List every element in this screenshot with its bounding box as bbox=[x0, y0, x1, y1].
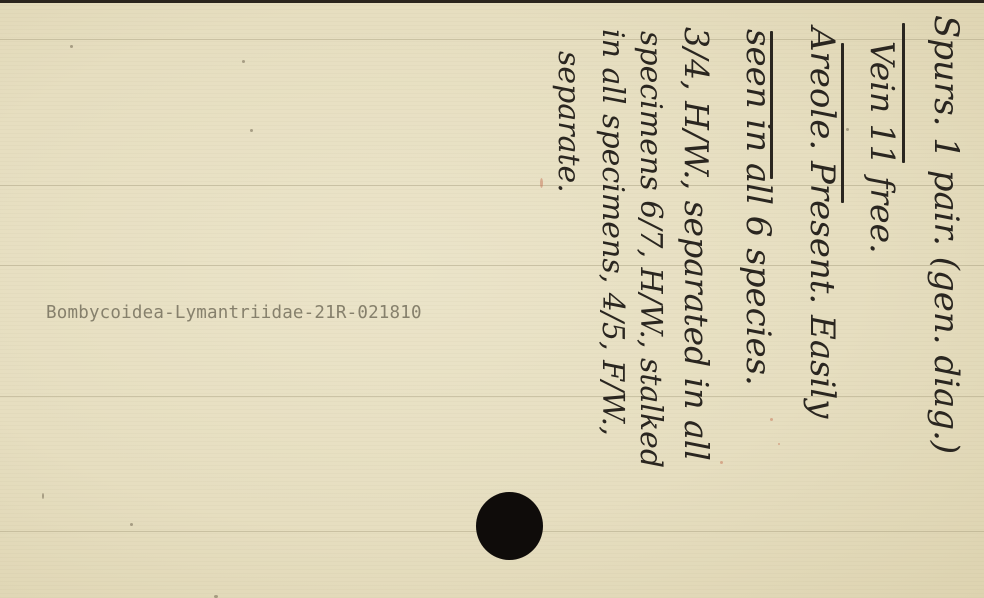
handwritten-text: in all specimens, 4/5, F/W., bbox=[595, 29, 630, 436]
paper-speck bbox=[720, 461, 723, 464]
handwritten-text: separate. bbox=[551, 51, 586, 193]
index-card: Bombycoidea-Lymantriidae-21R-021810 Spur… bbox=[0, 0, 984, 598]
handwritten-text: Areole. Present. Easily bbox=[802, 27, 842, 419]
handwritten-text: Spurs. 1 pair. (gen. diag.) bbox=[926, 15, 966, 454]
handwritten-text: Vein 11 free. bbox=[863, 41, 902, 254]
paper-speck bbox=[846, 128, 849, 131]
catalog-id: Bombycoidea-Lymantriidae-21R-021810 bbox=[46, 303, 422, 323]
handwritten-text: seen in all 6 species. bbox=[738, 29, 778, 386]
paper-speck bbox=[540, 178, 543, 188]
paper-speck bbox=[778, 443, 780, 445]
paper-speck bbox=[130, 523, 133, 526]
paper-speck bbox=[250, 129, 253, 132]
paper-speck bbox=[70, 45, 73, 48]
paper-speck bbox=[770, 418, 773, 421]
underline-spurs bbox=[902, 23, 905, 163]
handwritten-text: specimens 6/7, H/W., stalked bbox=[633, 31, 668, 468]
paper-speck bbox=[42, 493, 44, 499]
paper-speck bbox=[242, 60, 245, 63]
handwritten-text: 3/4, H/W., separated in all bbox=[677, 27, 716, 461]
hole-punch bbox=[476, 492, 543, 560]
